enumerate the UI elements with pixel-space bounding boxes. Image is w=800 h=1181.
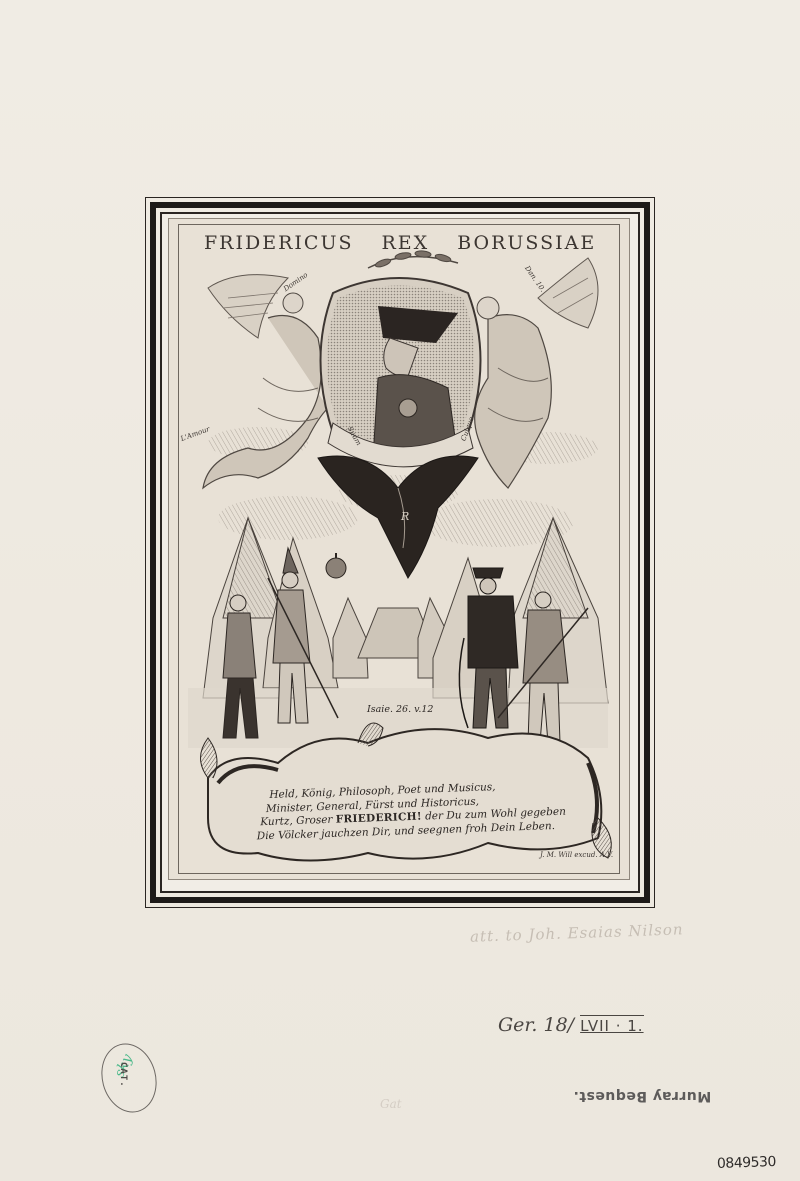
left-angel [203, 275, 328, 488]
title-word-borussiae: BORUSSIAE [457, 232, 596, 254]
scripture-reference: Isaie. 26. v.12 [367, 704, 433, 715]
catalogue-stamp-text: CAT. [118, 1062, 128, 1088]
title-word-fridericus: FRIDERICUS [204, 232, 353, 254]
print-title: FRIDERICUSREXBORUSSIAE [190, 232, 610, 254]
verse-line-3-pre: Kurtz, Groser [260, 814, 336, 829]
title-word-rex: REX [381, 232, 429, 254]
eagle-monogram: R [401, 510, 409, 523]
murray-bequest-stamp: Murray Bequest. [573, 1088, 711, 1104]
accession-number: 0849530 [717, 1154, 776, 1172]
verse-name-friederich: FRIEDERICH! [336, 811, 422, 826]
shelfmark: Ger. 18/ LVII · 1. [498, 1014, 644, 1036]
faint-pencil-mark: Gat [380, 1097, 402, 1111]
shelfmark-prefix: Ger. 18/ [498, 1014, 574, 1036]
shelfmark-volume: LVII · 1. [580, 1017, 643, 1035]
engraver-signature: J. M. Will excud. A.V. [540, 851, 613, 859]
